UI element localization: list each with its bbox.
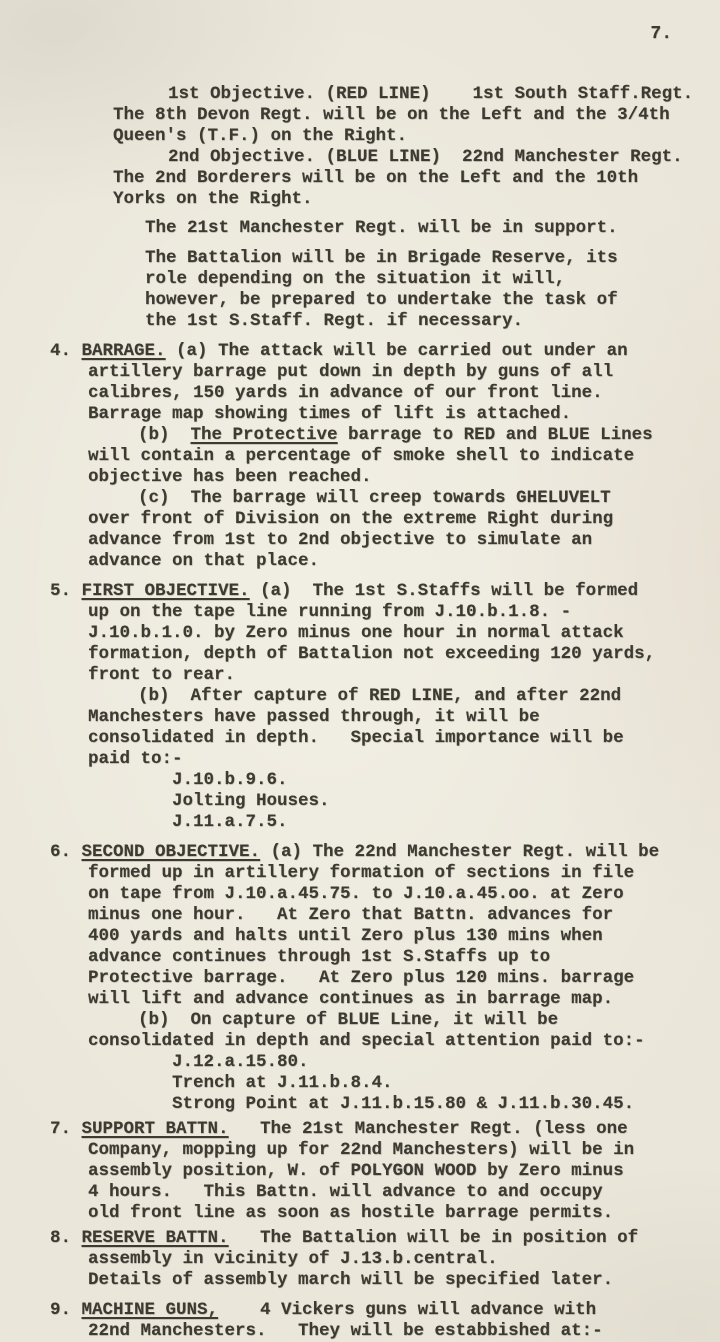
text-line: 1st Objective. (RED LINE) 1st South Staf… (168, 84, 710, 105)
text-line: up on the tape line running from J.10.b.… (88, 602, 710, 623)
text-line: minus one hour. At Zero that Battn. adva… (88, 905, 710, 926)
text-line: Queen's (T.F.) on the Right. (113, 126, 710, 147)
text-line: The 2nd Borderers will be on the Left an… (113, 168, 710, 189)
section-number: 5. (50, 581, 82, 601)
text-line: The Battalion will be in Brigade Reserve… (145, 248, 710, 269)
text-line: however, be prepared to undertake the ta… (145, 290, 710, 311)
map-reference: Jolting Houses. (172, 791, 710, 812)
section-number: 4. (50, 341, 82, 361)
section-heading-line: 7. SUPPORT BATTN. The 21st Manchester Re… (50, 1119, 710, 1140)
text-line: over front of Division on the extreme Ri… (88, 509, 710, 530)
text-line: advance from 1st to 2nd objective to sim… (88, 530, 710, 551)
section-heading-line: 4. BARRAGE. (a) The attack will be carri… (50, 341, 710, 362)
text-line: The 8th Devon Regt. will be on the Left … (113, 105, 710, 126)
text-line: advance continues through 1st S.Staffs u… (88, 947, 710, 968)
heading-rest: (a) The 1st S.Staffs will be formed (250, 581, 639, 601)
text-line: objective has been reached. (88, 467, 710, 488)
text-line: formed up in artillery formation of sect… (88, 863, 710, 884)
section-heading-line: 9. MACHINE GUNS, 4 Vickers guns will adv… (50, 1300, 710, 1321)
section-number: 6. (50, 842, 82, 862)
section-9-machine-guns: 9. MACHINE GUNS, 4 Vickers guns will adv… (50, 1300, 710, 1342)
support-block: The 21st Manchester Regt. will be in sup… (50, 218, 710, 239)
section-4-barrage: 4. BARRAGE. (a) The attack will be carri… (50, 341, 710, 572)
text-line: calibres, 150 yards in advance of our fr… (88, 383, 710, 404)
text-line: the 1st S.Staff. Regt. if necessary. (145, 311, 710, 332)
text-line: will lift and advance continues as in ba… (88, 989, 710, 1010)
subpara-label: (b) (138, 425, 191, 445)
text-line: 2nd Objective. (BLUE LINE) 22nd Manchest… (168, 147, 710, 168)
text-line: formation, depth of Battalion not exceed… (88, 644, 710, 665)
text-line: Barrage map showing times of lift is att… (88, 404, 710, 425)
section-5-first-objective: 5. FIRST OBJECTIVE. (a) The 1st S.Staffs… (50, 581, 710, 833)
text-line: consolidated in depth and special attent… (88, 1031, 710, 1052)
text-line: front to rear. (88, 665, 710, 686)
text-line: consolidated in depth. Special importanc… (88, 728, 710, 749)
map-reference: J.11.a.7.5. (172, 812, 710, 833)
section-8-reserve-battn: 8. RESERVE BATTN. The Battalion will be … (50, 1228, 710, 1291)
subpara-b-line: (b) The Protective barrage to RED and BL… (138, 425, 710, 446)
text-line: J.10.b.1.0. by Zero minus one hour in no… (88, 623, 710, 644)
text-line: 22nd Manchesters. They will be estabbish… (88, 1321, 710, 1342)
section-heading: BARRAGE. (82, 341, 166, 361)
section-number: 9. (50, 1300, 82, 1320)
section-heading: SUPPORT BATTN. (82, 1119, 229, 1139)
section-number: 8. (50, 1228, 82, 1248)
subpara-c-line: (c) The barrage will creep towards GHELU… (138, 488, 710, 509)
section-heading-line: 5. FIRST OBJECTIVE. (a) The 1st S.Staffs… (50, 581, 710, 602)
heading-rest: The Battalion will be in position of (229, 1228, 639, 1248)
underlined-phrase: The Protective (191, 425, 338, 445)
intro-objectives-block: 1st Objective. (RED LINE) 1st South Staf… (50, 84, 710, 210)
section-6-second-objective: 6. SECOND OBJECTIVE. (a) The 22nd Manche… (50, 842, 710, 1115)
subpara-rest: barrage to RED and BLUE Lines (338, 425, 653, 445)
map-reference: J.12.a.15.80. (172, 1052, 710, 1073)
section-heading: RESERVE BATTN. (82, 1228, 229, 1248)
text-line: 4 hours. This Battn. will advance to and… (88, 1182, 710, 1203)
map-reference: Trench at J.11.b.8.4. (172, 1073, 710, 1094)
section-7-support-battn: 7. SUPPORT BATTN. The 21st Manchester Re… (50, 1119, 710, 1224)
subpara-b-line: (b) On capture of BLUE Line, it will be (138, 1010, 710, 1031)
text-line: Protective barrage. At Zero plus 120 min… (88, 968, 710, 989)
heading-rest: The 21st Manchester Regt. (less one (229, 1119, 628, 1139)
text-line: 400 yards and halts until Zero plus 130 … (88, 926, 710, 947)
heading-rest: (a) The attack will be carried out under… (166, 341, 628, 361)
section-number: 7. (50, 1119, 82, 1139)
text-line: Manchesters have passed through, it will… (88, 707, 710, 728)
page-number: 7. (650, 24, 672, 44)
section-heading-line: 8. RESERVE BATTN. The Battalion will be … (50, 1228, 710, 1249)
text-line: Details of assembly march will be specif… (88, 1270, 710, 1291)
subpara-b-line: (b) After capture of RED LINE, and after… (138, 686, 710, 707)
map-reference: Strong Point at J.11.b.15.80 & J.11.b.30… (172, 1094, 710, 1115)
text-line: assembly in vicinity of J.13.b.central. (88, 1249, 710, 1270)
section-heading-line: 6. SECOND OBJECTIVE. (a) The 22nd Manche… (50, 842, 710, 863)
text-line: will contain a percentage of smoke shell… (88, 446, 710, 467)
text-line: role depending on the situation it will, (145, 269, 710, 290)
text-line: paid to:- (88, 749, 710, 770)
text-line: old front line as soon as hostile barrag… (88, 1203, 710, 1224)
heading-rest: 4 Vickers guns will advance with (218, 1300, 596, 1320)
document-page: 7. 1st Objective. (RED LINE) 1st South S… (0, 0, 720, 1342)
text-line: Yorks on the Right. (113, 189, 710, 210)
brigade-reserve-block: The Battalion will be in Brigade Reserve… (50, 248, 710, 332)
text-line: assembly position, W. of POLYGON WOOD by… (88, 1161, 710, 1182)
text-line: The 21st Manchester Regt. will be in sup… (145, 218, 710, 239)
text-line: Company, mopping up for 22nd Manchesters… (88, 1140, 710, 1161)
text-line: on tape from J.10.a.45.75. to J.10.a.45.… (88, 884, 710, 905)
map-reference: J.10.b.9.6. (172, 770, 710, 791)
section-heading: MACHINE GUNS, (82, 1300, 219, 1320)
text-line: artillery barrage put down in depth by g… (88, 362, 710, 383)
section-heading: SECOND OBJECTIVE. (82, 842, 261, 862)
text-line: advance on that place. (88, 551, 710, 572)
heading-rest: (a) The 22nd Manchester Regt. will be (260, 842, 659, 862)
section-heading: FIRST OBJECTIVE. (82, 581, 250, 601)
